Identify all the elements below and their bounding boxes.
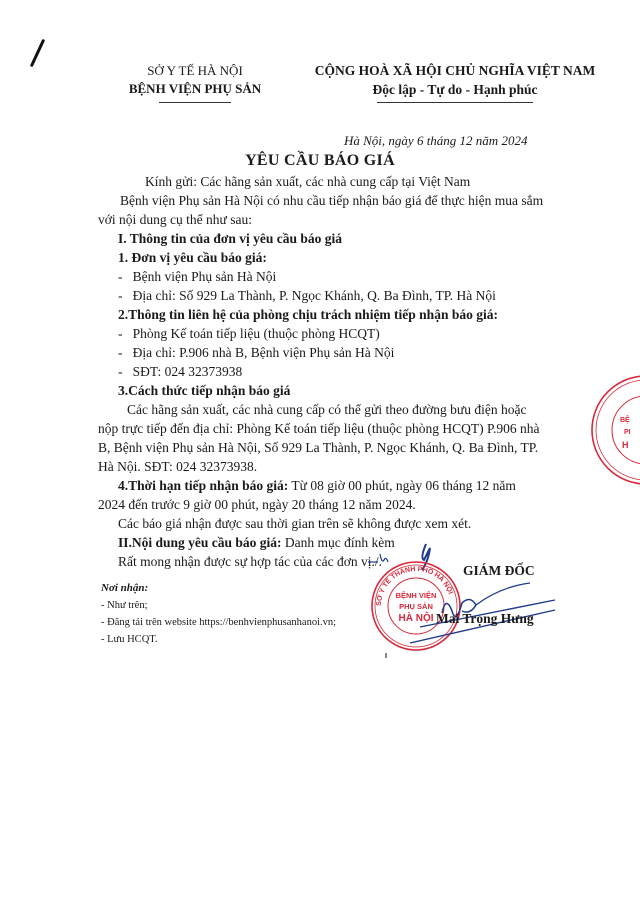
subsection-3-line: B, Bệnh viện Phụ sản Hà Nội, Số 929 La T… <box>98 438 538 457</box>
document-title: YÊU CẦU BÁO GIÁ <box>0 152 640 170</box>
recipients-title: Nơi nhận: <box>101 582 148 594</box>
issuer-underline <box>159 102 231 103</box>
subsection-4-line-2: 2024 đến trước 9 giờ 00 phút, ngày 20 th… <box>98 495 416 514</box>
recipient-item: - Đăng tải trên website https://benhvien… <box>101 617 336 628</box>
subsection-1-item: - Bệnh viện Phụ sản Hà Nội <box>118 267 276 286</box>
svg-text:BỆ: BỆ <box>620 415 630 424</box>
subsection-3-heading: 3.Cách thức tiếp nhận báo giá <box>118 381 290 400</box>
subsection-2-item: - Phòng Kế toán tiếp liệu (thuộc phòng H… <box>118 324 380 343</box>
handwritten-slash-mark <box>30 39 45 67</box>
subsection-3-line: nộp trực tiếp đến địa chỉ: Phòng Kế toán… <box>98 419 540 438</box>
subsection-1-item: - Địa chỉ: Số 929 La Thành, P. Ngọc Khán… <box>118 286 496 305</box>
subsection-2-item: - Địa chỉ: P.906 nhà B, Bệnh viện Phụ sả… <box>118 343 394 362</box>
national-header: CỘNG HOÀ XÃ HỘI CHỦ NGHĨA VIỆT NAM Độc l… <box>270 62 640 103</box>
addressee: Kính gửi: Các hãng sản xuất, các nhà cun… <box>145 172 470 191</box>
scan-speck <box>385 653 387 658</box>
subsection-2-item: - SĐT: 024 32373938 <box>118 362 242 381</box>
section-I-heading: I. Thông tin của đơn vị yêu cầu báo giá <box>118 229 342 248</box>
national-title: CỘNG HOÀ XÃ HỘI CHỦ NGHĨA VIỆT NAM <box>270 62 640 80</box>
edge-seal: BỆ PI H <box>586 372 640 488</box>
closing-line: Rất mong nhận được sự hợp tác của các đơ… <box>118 552 382 571</box>
motto-underline <box>377 102 533 103</box>
edge-stamp-icon: BỆ PI H <box>586 372 640 488</box>
subsection-3-line: Hà Nội. SĐT: 024 32373938. <box>98 457 257 476</box>
recipient-item: - Lưu HCQT. <box>101 634 158 645</box>
section-II-line: II.Nội dung yêu cầu báo giá: Danh mục đí… <box>118 533 395 552</box>
issuer-header: SỞ Y TẾ HÀ NỘI BỆNH VIỆN PHỤ SẢN <box>100 62 290 103</box>
issuer-department: SỞ Y TẾ HÀ NỘI <box>100 62 290 80</box>
subsection-1-heading: 1. Đơn vị yêu cầu báo giá: <box>118 248 267 267</box>
issuer-hospital: BỆNH VIỆN PHỤ SẢN <box>100 80 290 98</box>
subsection-2-heading: 2.Thông tin liên hệ của phòng chịu trách… <box>118 305 498 324</box>
document-date: Hà Nội, ngày 6 tháng 12 năm 2024 <box>344 133 527 149</box>
signer-name: Mai Trọng Hưng <box>436 611 534 627</box>
signer-role: GIÁM ĐỐC <box>463 563 535 579</box>
late-submission-note: Các báo giá nhận được sau thời gian trên… <box>118 514 471 533</box>
intro-line-2: với nội dung cụ thể như sau: <box>98 210 252 229</box>
recipient-item: - Như trên; <box>101 600 148 611</box>
national-motto: Độc lập - Tự do - Hạnh phúc <box>270 80 640 100</box>
subsection-3-line: Các hãng sản xuất, các nhà cung cấp có t… <box>127 400 526 419</box>
svg-text:H: H <box>622 440 629 450</box>
svg-text:PI: PI <box>624 429 631 436</box>
subsection-4-line-1: 4.Thời hạn tiếp nhận báo giá: Từ 08 giờ … <box>118 476 516 495</box>
intro-line-1: Bệnh viện Phụ sản Hà Nội có nhu cầu tiếp… <box>120 191 543 210</box>
